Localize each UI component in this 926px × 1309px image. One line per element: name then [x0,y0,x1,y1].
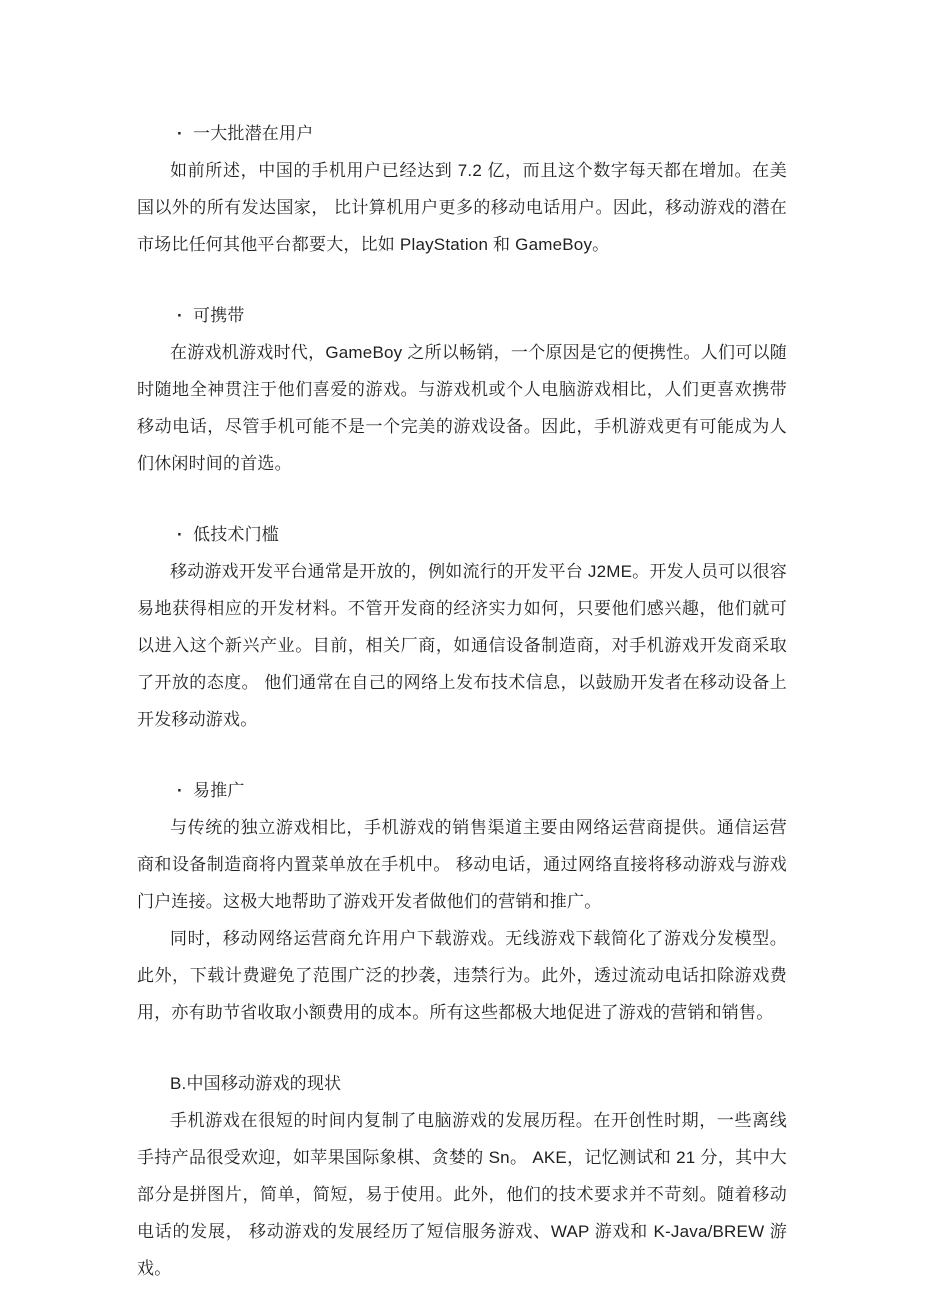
bullet-item-potential-users: ·一大批潜在用户 [137,115,787,152]
bullet-item-label: 一大批潜在用户 [193,124,313,143]
bullet-marker-icon: · [177,772,193,809]
bullet-item-portability: ·可携带 [137,297,787,334]
paragraph-china-mobile-games-status: 手机游戏在很短的时间内复制了电脑游戏的发展历程。在开创性时期，一些离线手持产品很… [137,1102,787,1287]
bullet-item-label: 低技术门槛 [193,525,279,544]
bullet-marker-icon: · [177,115,193,152]
bullet-item-label: 可携带 [193,306,245,325]
paragraph-easy-promotion: 与传统的独立游戏相比，手机游戏的销售渠道主要由网络运营商提供。通信运营商和设备制… [137,809,787,920]
document-page: ·一大批潜在用户 如前所述，中国的手机用户已经达到 7.2 亿，而且这个数字每天… [0,0,926,1309]
document-content: ·一大批潜在用户 如前所述，中国的手机用户已经达到 7.2 亿，而且这个数字每天… [137,115,787,1287]
bullet-marker-icon: · [177,297,193,334]
paragraph-download-billing: 同时，移动网络运营商允许用户下载游戏。无线游戏下载简化了游戏分发模型。此外，下载… [137,920,787,1031]
bullet-item-low-tech-barrier: ·低技术门槛 [137,516,787,553]
section-heading-china-mobile-games: B.中国移动游戏的现状 [137,1065,787,1102]
bullet-item-easy-promotion: ·易推广 [137,772,787,809]
bullet-item-label: 易推广 [193,781,245,800]
bullet-marker-icon: · [177,516,193,553]
paragraph-potential-users: 如前所述，中国的手机用户已经达到 7.2 亿，而且这个数字每天都在增加。在美国以… [137,152,787,263]
paragraph-low-tech-barrier: 移动游戏开发平台通常是开放的，例如流行的开发平台 J2ME。开发人员可以很容易地… [137,553,787,738]
paragraph-portability: 在游戏机游戏时代，GameBoy 之所以畅销，一个原因是它的便携性。人们可以随时… [137,334,787,482]
